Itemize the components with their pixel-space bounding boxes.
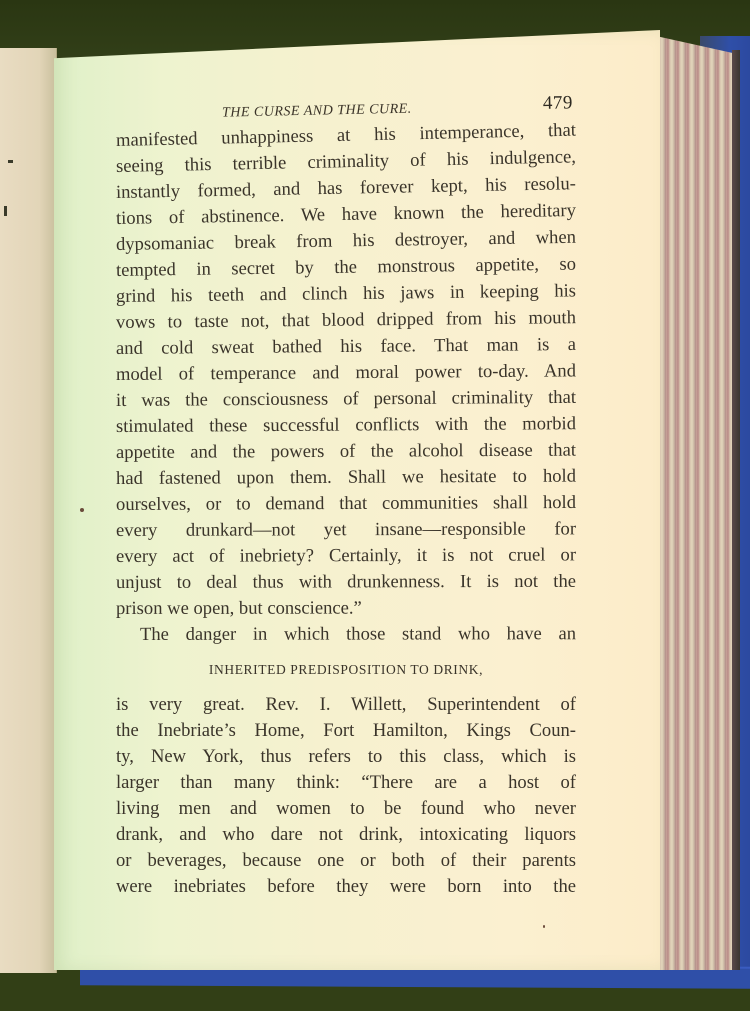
text-line: the Inebriate’s Home, Fort Hamilton, Kin… <box>116 718 576 744</box>
text-line: were inebriates before they were born in… <box>116 874 576 900</box>
text-line: is very great. Rev. I. Willett, Superint… <box>116 692 576 718</box>
text-line: The danger in which those stand who have… <box>116 621 576 648</box>
text-line: and cold sweat bathed his face. That man… <box>116 332 576 362</box>
text-line: larger than many think: “There are a hos… <box>116 770 576 796</box>
page-edges-shadow <box>732 50 740 970</box>
text-line: vows to taste not, that blood dripped fr… <box>116 305 576 336</box>
text-line: every drunkard—not yet insane—responsibl… <box>116 516 576 544</box>
paper-blemish <box>543 925 545 928</box>
text-line: or beverages, because one or both of the… <box>116 848 576 874</box>
facing-page-text-fragment <box>8 160 13 163</box>
text-line: ourselves, or to demand that communities… <box>116 490 576 518</box>
text-line: unjust to deal thus with drunkenness. It… <box>116 569 576 596</box>
page-number: 479 <box>543 92 573 115</box>
text-line: living men and women to be found who nev… <box>116 796 576 822</box>
body-text: manifested unhappiness at his intemperan… <box>116 128 576 900</box>
section-heading: INHERITED PREDISPOSITION TO DRINK, <box>116 648 576 692</box>
text-line: every act of inebriety? Certainly, it is… <box>116 542 576 570</box>
facing-page-text-fragment <box>4 206 7 216</box>
page-edges <box>656 36 740 970</box>
text-line: drank, and who dare not drink, intoxicat… <box>116 822 576 848</box>
text-line: stimulated these successful conflicts wi… <box>116 411 576 440</box>
text-line: had fastened upon them. Shall we hesitat… <box>116 464 576 492</box>
running-head-title: THE CURSE AND THE CURE. <box>222 102 412 122</box>
text-line: ty, New York, thus refers to this class,… <box>116 744 576 770</box>
text-line: model of temperance and moral power to-d… <box>116 358 576 388</box>
paper-blemish <box>80 508 84 512</box>
text-line: prison we open, but conscience.” <box>116 595 576 622</box>
facing-page-left <box>0 48 57 973</box>
text-line: appetite and the powers of the alcohol d… <box>116 438 576 466</box>
text-line: it was the consciousness of personal cri… <box>116 385 576 414</box>
